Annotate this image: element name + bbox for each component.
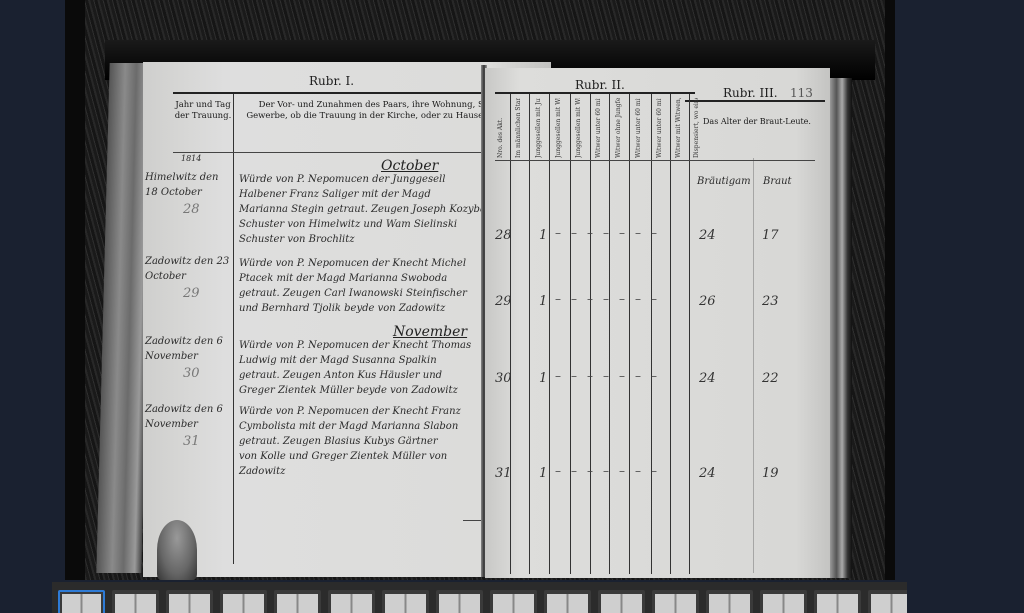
column-rule bbox=[529, 94, 530, 574]
column-rule bbox=[549, 94, 550, 574]
row-count: 1 bbox=[539, 371, 547, 386]
divider bbox=[495, 160, 815, 161]
bride-age: 23 bbox=[762, 294, 779, 309]
row-number: 31 bbox=[495, 466, 512, 481]
entry-line: getraut. Zeugen Anton Kus Häusler und bbox=[239, 370, 442, 381]
entry-line: von Kolle und Greger Zientek Müller von bbox=[239, 451, 447, 462]
entry-number: 31 bbox=[183, 434, 200, 449]
col-header: Junggesellen mit Witwen über 45 Jahr bbox=[575, 98, 582, 158]
row-count: 1 bbox=[539, 466, 547, 481]
entry-line: Greger Zientek Müller beyde von Zadowitz bbox=[239, 385, 458, 396]
entry-line: Zadowitz bbox=[239, 466, 285, 477]
thumbnail[interactable] bbox=[220, 590, 267, 613]
row-dashes: ––––––– bbox=[555, 464, 667, 478]
thumbnail[interactable] bbox=[166, 590, 213, 613]
bride-subheader: Braut bbox=[763, 176, 792, 187]
thumbnail[interactable] bbox=[112, 590, 159, 613]
thumbnail-image bbox=[385, 594, 426, 613]
row-dashes: ––––––– bbox=[555, 292, 667, 306]
col-header: Witwer unter 60 mit Wit. bbox=[635, 98, 642, 158]
year-note: 1814 bbox=[181, 154, 201, 163]
entry-place-date: Zadowitz den 6 November bbox=[145, 334, 233, 364]
entry-place-date: Zadowitz den 6 November bbox=[145, 402, 233, 432]
thumbnail[interactable] bbox=[544, 590, 591, 613]
thumbnail[interactable] bbox=[436, 590, 483, 613]
entry-line: getraut. Zeugen Blasius Kubys Gärtner bbox=[239, 436, 438, 447]
rubric-1: Rubr. I. bbox=[309, 74, 354, 88]
row-count: 1 bbox=[539, 228, 547, 243]
column-rule bbox=[609, 94, 610, 574]
col-header: Im männlichen Stand gebo. bbox=[515, 98, 522, 158]
column-rule bbox=[510, 94, 511, 574]
entry-line: Würde von P. Nepomucen der Knecht Thomas bbox=[239, 340, 471, 351]
col-header: Junggesellen mit Jungfern bbox=[535, 98, 542, 158]
thumbnail-image bbox=[439, 594, 480, 613]
bride-age: 22 bbox=[762, 371, 779, 386]
column-rule bbox=[689, 94, 690, 574]
entry-number: 28 bbox=[183, 202, 200, 217]
page-number: 113 bbox=[790, 86, 813, 100]
entry-line: Halbener Franz Saliger mit der Magd bbox=[239, 189, 431, 200]
thumbnail[interactable] bbox=[382, 590, 429, 613]
entry-line: getraut. Zeugen Carl Iwanowski Steinfisc… bbox=[239, 288, 467, 299]
entry-line: Würde von P. Nepomucen der Junggesell bbox=[239, 174, 445, 185]
month-november: November bbox=[393, 324, 467, 340]
thumbnail[interactable] bbox=[328, 590, 375, 613]
thumbnail-image bbox=[493, 594, 534, 613]
thumbnail-image bbox=[547, 594, 588, 613]
rubric-2: Rubr. II. bbox=[575, 78, 625, 92]
thumbnail[interactable] bbox=[652, 590, 699, 613]
col-header: Junggesellen mit Witwen unter 45 Jahr bbox=[555, 98, 562, 158]
header-date: Jahr und Tag der Trauung. bbox=[173, 100, 233, 122]
entry-line: und Bernhard Tjolik beyde von Zadowitz bbox=[239, 303, 445, 314]
entry-line: Ptacek mit der Magd Marianna Swoboda bbox=[239, 273, 447, 284]
entry-line: Marianna Stegin getraut. Zeugen Joseph K… bbox=[239, 204, 486, 215]
entry-line: Würde von P. Nepomucen der Knecht Michel bbox=[239, 258, 466, 269]
divider bbox=[685, 100, 825, 102]
thumbnail[interactable] bbox=[868, 590, 907, 613]
entry-line: Würde von P. Nepomucen der Knecht Franz bbox=[239, 406, 461, 417]
thumbnail-image bbox=[277, 594, 318, 613]
groom-subheader: Bräutigam bbox=[697, 176, 751, 187]
page-edges-right bbox=[830, 78, 852, 578]
groom-age: 24 bbox=[699, 466, 716, 481]
document-viewer[interactable]: Rubr. I. Jahr und Tag der Trauung. Der V… bbox=[65, 0, 895, 580]
col-header: Witwer mit Witwen, die erstere 60 über J… bbox=[675, 98, 682, 158]
entry-number: 29 bbox=[183, 286, 200, 301]
entry-line: Cymbolista mit der Magd Marianna Slabon bbox=[239, 421, 458, 432]
column-rule bbox=[629, 94, 630, 574]
thumbnail-image bbox=[62, 594, 101, 613]
thumbnail[interactable] bbox=[814, 590, 861, 613]
row-dashes: ––––––– bbox=[555, 369, 667, 383]
thumbnail-image bbox=[763, 594, 804, 613]
thumbnail[interactable] bbox=[490, 590, 537, 613]
thumbnail-image bbox=[871, 594, 907, 613]
column-rule bbox=[233, 94, 234, 564]
thumbnail-image bbox=[223, 594, 264, 613]
groom-age: 24 bbox=[699, 228, 716, 243]
col-header: Witwer ohne Jungfern Kinder mit Jungfern bbox=[615, 98, 622, 158]
column-rule bbox=[590, 94, 591, 574]
entry-line: Schuster von Himelwitz und Wam Sielinski bbox=[239, 219, 457, 230]
row-number: 30 bbox=[495, 371, 512, 386]
thumbnail-image bbox=[169, 594, 210, 613]
groom-age: 26 bbox=[699, 294, 716, 309]
groom-age: 24 bbox=[699, 371, 716, 386]
row-dashes: ––––––– bbox=[555, 226, 667, 240]
divider bbox=[495, 92, 695, 94]
thumbnail-active[interactable] bbox=[58, 590, 105, 613]
bride-age: 17 bbox=[762, 228, 779, 243]
bride-age: 19 bbox=[762, 466, 779, 481]
thumbnail[interactable] bbox=[598, 590, 645, 613]
col-header: Witwer unter 60 mit Witwen bbox=[656, 98, 663, 158]
column-rule bbox=[570, 94, 571, 574]
thumbnail-image bbox=[817, 594, 858, 613]
thumbnail-image bbox=[115, 594, 156, 613]
column-rule bbox=[651, 94, 652, 574]
column-rule bbox=[753, 158, 754, 573]
right-page: Rubr. II. Rubr. III. 113 Nro. des Akt. I… bbox=[485, 68, 830, 578]
thumbnail-image bbox=[331, 594, 372, 613]
thumbnail-image bbox=[601, 594, 642, 613]
thumbnail[interactable] bbox=[706, 590, 753, 613]
row-count: 1 bbox=[539, 294, 547, 309]
thumbnail-filmstrip[interactable] bbox=[52, 582, 907, 613]
entry-place-date: Himelwitz den 18 October bbox=[145, 170, 233, 200]
thumbnail[interactable] bbox=[274, 590, 321, 613]
column-rule bbox=[670, 94, 671, 574]
age-header: Das Alter der Braut-Leute. bbox=[697, 116, 817, 127]
month-october: October bbox=[381, 158, 438, 174]
thumbnail[interactable] bbox=[760, 590, 807, 613]
entry-number: 30 bbox=[183, 366, 200, 381]
entry-line: Ludwig mit der Magd Susanna Spalkin bbox=[239, 355, 437, 366]
col-header: Witwer unter 60 mit Jungfern bbox=[595, 98, 602, 158]
rubric-3: Rubr. III. bbox=[723, 86, 778, 100]
thumbnail-image bbox=[655, 594, 696, 613]
entry-place-date: Zadowitz den 23 October bbox=[145, 254, 233, 284]
row-number: 29 bbox=[495, 294, 512, 309]
entry-line: Schuster von Brochlitz bbox=[239, 234, 355, 245]
row-number: 28 bbox=[495, 228, 512, 243]
holding-thumb bbox=[157, 520, 197, 580]
thumbnail-image bbox=[709, 594, 750, 613]
col-header: Dispensiert, wo einer von verwandtschaft… bbox=[693, 98, 700, 158]
col-header: Nro. des Akt. bbox=[497, 98, 504, 158]
